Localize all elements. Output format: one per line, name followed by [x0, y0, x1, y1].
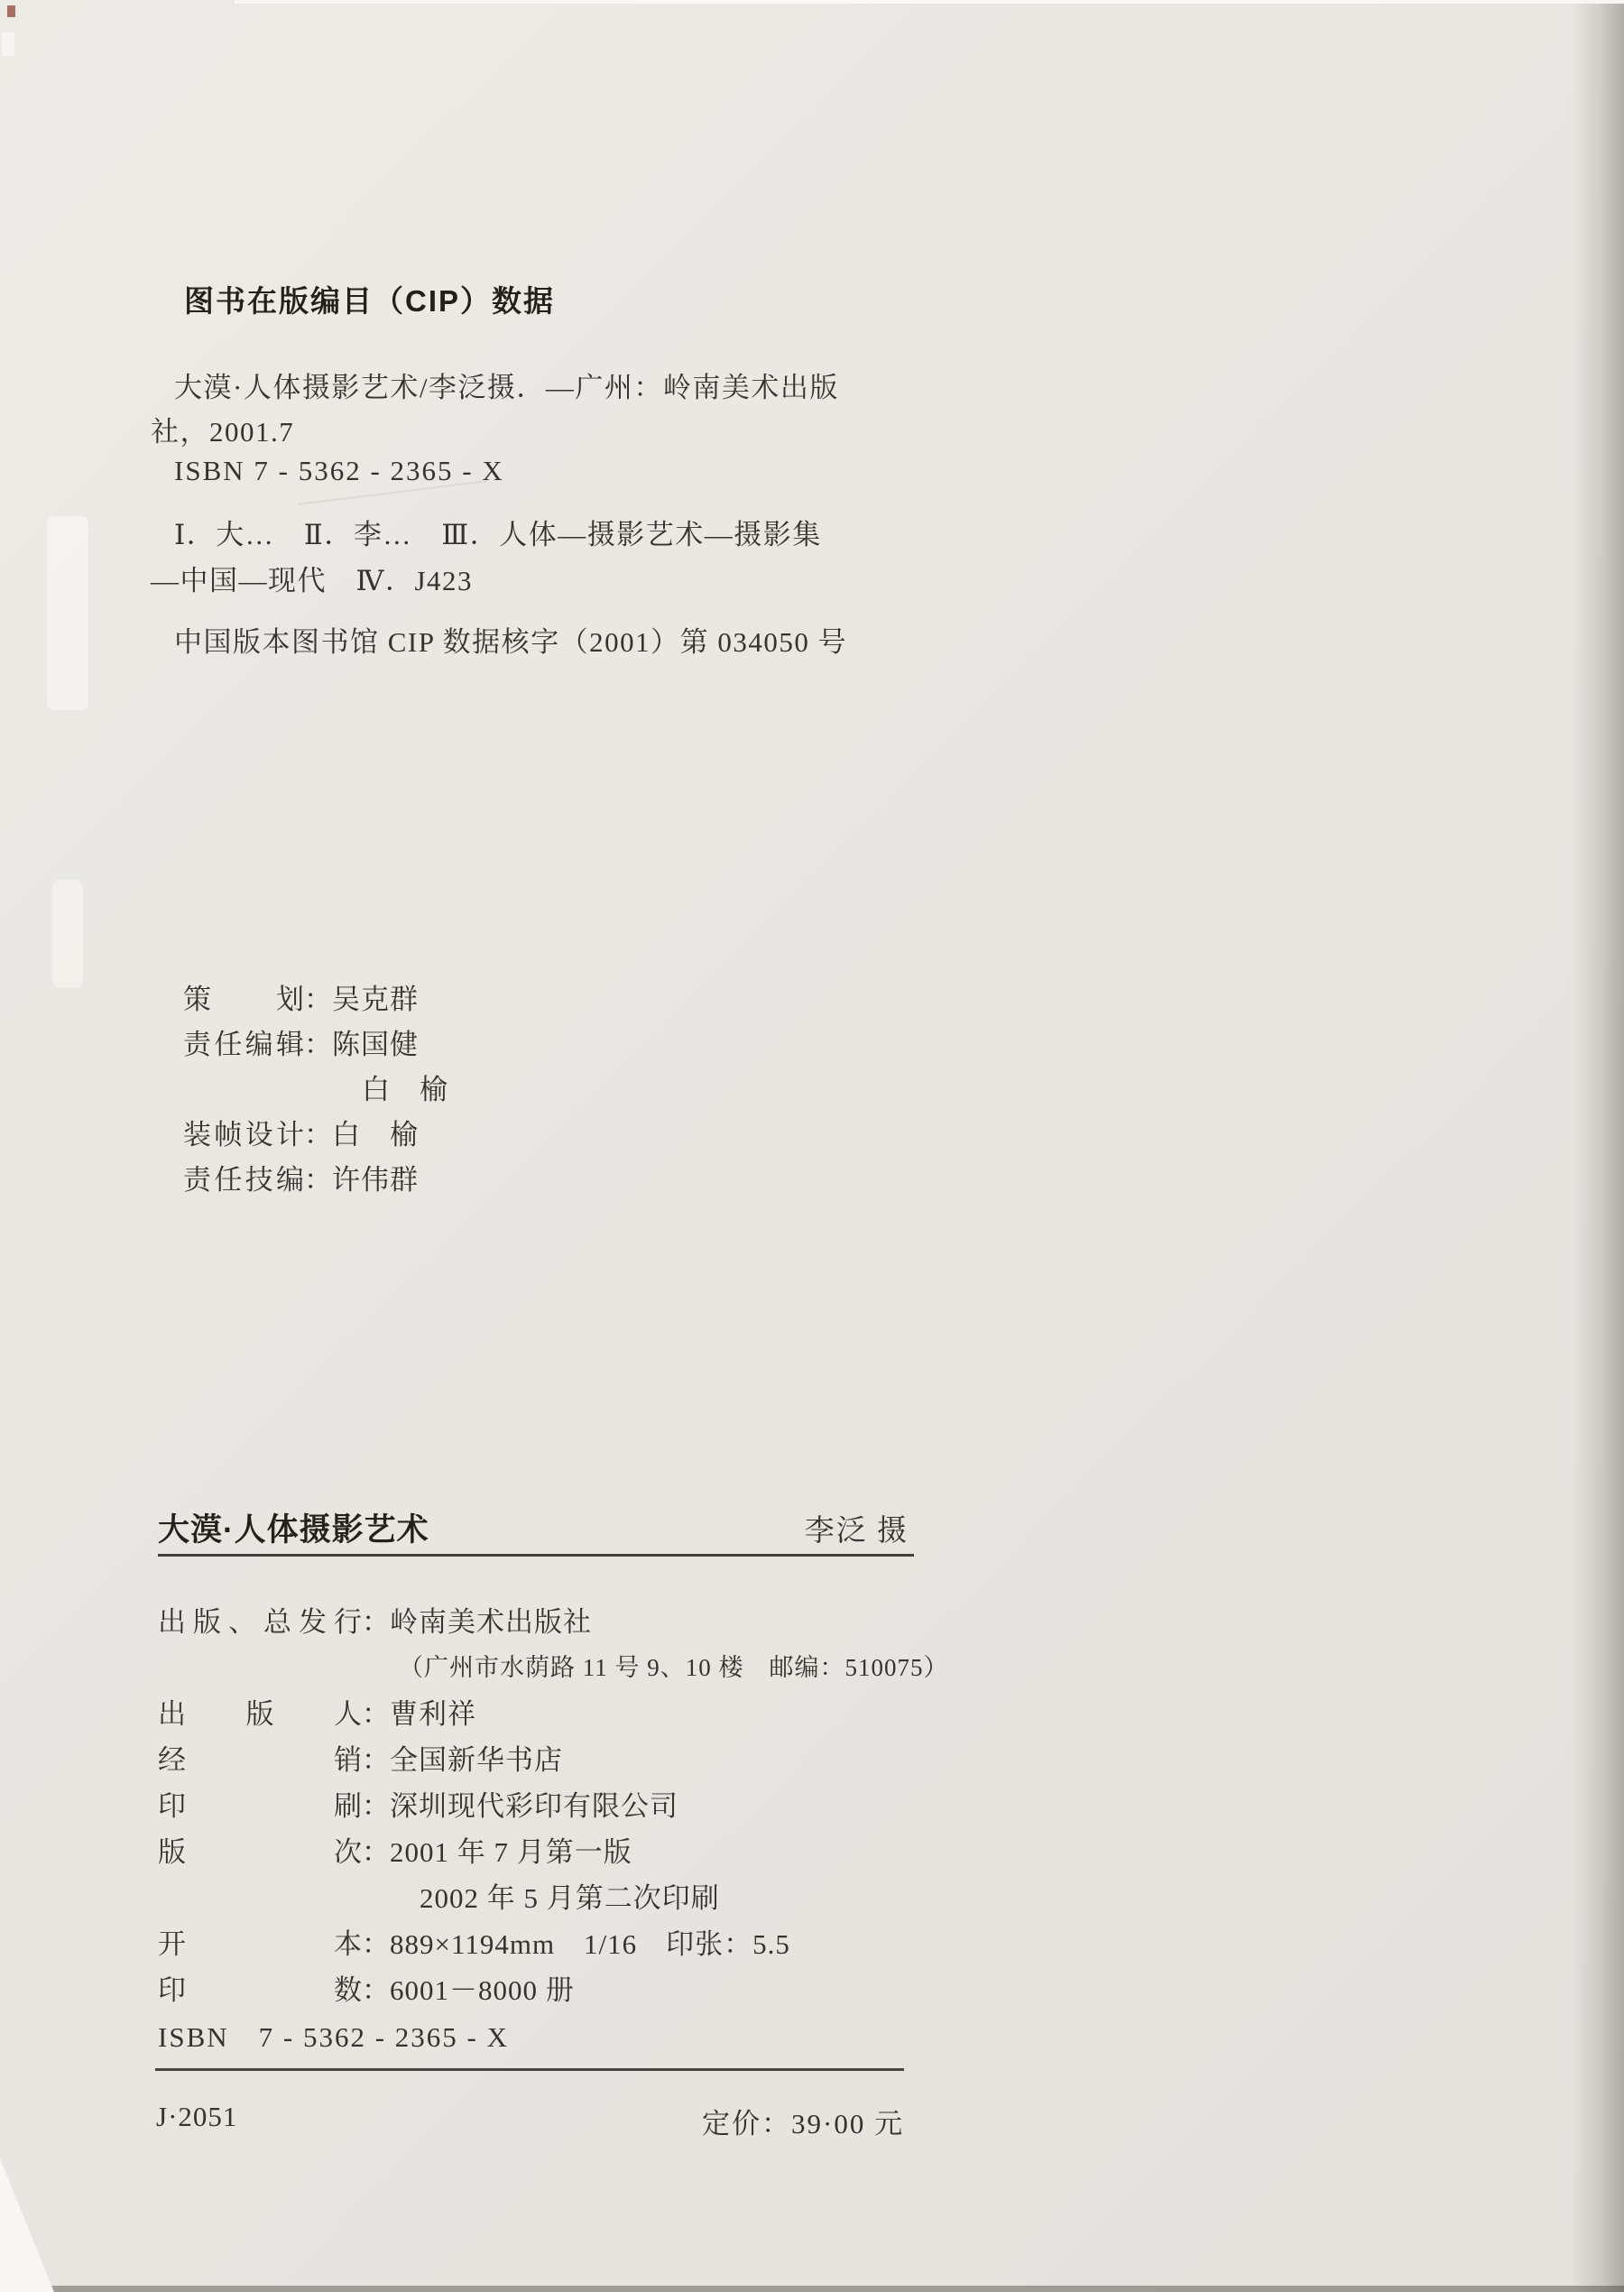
cip-record-number: 中国版本图书馆 CIP 数据核字（2001）第 034050 号: [174, 619, 847, 660]
credit-label: 责任编辑: [183, 1022, 304, 1067]
colophon-row-edition: 版次：2001 年 7 月第一版: [158, 1829, 949, 1875]
colophon-row-printer: 印刷：深圳现代彩印有限公司: [158, 1783, 949, 1829]
book-number: J·2051: [156, 2101, 237, 2133]
colophon-label: 印数: [158, 1967, 362, 2013]
colophon-colon: ：: [362, 1737, 390, 1783]
credit-label: 装帧设计: [183, 1113, 304, 1158]
credit-row-editor: 责任编辑：陈国健: [183, 1022, 448, 1067]
photographer-credit: 李泛 摄: [805, 1516, 914, 1548]
book-copyright-page: 图书在版编目（CIP）数据 大漠·人体摄影艺术/李泛摄．—广州：岭南美术出版 社…: [0, 0, 1624, 2292]
colophon-row-printing: 2002 年 5 月第二次印刷: [158, 1875, 949, 1921]
scan-artifact-left-patch: [47, 516, 88, 710]
cip-heading: 图书在版编目（CIP）数据: [184, 278, 555, 320]
credits-block: 策划：吴克群 责任编辑：陈国健 白 榆 装帧设计：白 榆 责任技编：许伟群: [183, 977, 448, 1203]
credit-row-editor-2: 白 榆: [183, 1067, 448, 1113]
colophon-label: 印刷: [158, 1783, 362, 1829]
divider-rule: [155, 2068, 904, 2071]
colophon-row-format: 开本：889×1194mm 1/16 印张：5.5: [158, 1921, 949, 1967]
scan-artifact-speck-2: [2, 32, 14, 56]
colophon-row-address: （广州市水荫路 11 号 9、10 楼 邮编：510075）: [158, 1645, 949, 1691]
credit-value: 许伟群: [332, 1158, 419, 1203]
colophon-colon: ：: [362, 1921, 390, 1967]
credit-colon: ：: [304, 977, 332, 1022]
scan-artifact-bottom-edge: [42, 2286, 1624, 2292]
colophon-value: 2001 年 7 月第一版: [390, 1829, 632, 1875]
colophon-isbn-text: ISBN 7 - 5362 - 2365 - X: [158, 2021, 509, 2053]
colophon-label: 出版、总发行: [158, 1599, 362, 1645]
credit-row-technical-editor: 责任技编：许伟群: [183, 1158, 448, 1203]
colophon-colon: ：: [362, 1967, 390, 2013]
colophon-row-print-run: 印数：6001－8000 册: [158, 1967, 949, 2013]
credit-row-planner: 策划：吴克群: [183, 977, 448, 1022]
colophon-value: 889×1194mm 1/16 印张：5.5: [390, 1921, 790, 1967]
colophon-label: 出版人: [158, 1691, 362, 1737]
colophon-label: 开本: [158, 1921, 362, 1967]
credit-label: 责任技编: [183, 1158, 304, 1203]
book-title: 大漠·人体摄影艺术: [158, 1514, 429, 1548]
colophon-value: 6001－8000 册: [390, 1967, 575, 2013]
scan-artifact-left-patch-2: [52, 880, 83, 988]
scan-artifact-corner-wedge: [0, 2158, 54, 2292]
colophon-isbn: ISBN 7 - 5362 - 2365 - X: [158, 2014, 949, 2060]
colophon-block: 出版、总发行：岭南美术出版社 （广州市水荫路 11 号 9、10 楼 邮编：51…: [158, 1599, 949, 2060]
colophon-row-publisher: 出版、总发行：岭南美术出版社: [158, 1599, 949, 1645]
scan-artifact-top-sliver: [235, 0, 1624, 4]
scan-artifact-speck: [7, 5, 15, 17]
credit-value: 白 榆: [332, 1067, 448, 1113]
cip-title-line-1: 大漠·人体摄影艺术/李泛摄．—广州：岭南美术出版: [174, 365, 839, 405]
price: 定价：39·00 元: [702, 2101, 904, 2141]
credit-value: 陈国健: [332, 1022, 419, 1067]
scan-artifact-right-edge-shadow: [1572, 0, 1624, 2292]
credit-colon: ：: [304, 1158, 332, 1203]
colophon-colon: ：: [362, 1783, 390, 1829]
credit-value: 吴克群: [332, 977, 419, 1022]
cip-classification-line-1: Ⅰ．大… Ⅱ．李… Ⅲ．人体—摄影艺术—摄影集: [174, 512, 822, 552]
colophon-value: 曹利祥: [390, 1691, 476, 1737]
colophon-value: （广州市水荫路 11 号 9、10 楼 邮编：510075）: [390, 1645, 949, 1691]
colophon-label: 版次: [158, 1829, 362, 1875]
credit-label: 策划: [183, 977, 304, 1022]
book-title-bar: 大漠·人体摄影艺术 李泛 摄: [158, 1514, 914, 1557]
colophon-value: 岭南美术出版社: [390, 1599, 592, 1645]
credit-row-designer: 装帧设计：白 榆: [183, 1113, 448, 1158]
colophon-value: 深圳现代彩印有限公司: [390, 1783, 678, 1829]
colophon-row-distributor: 经销：全国新华书店: [158, 1737, 949, 1783]
colophon-colon: ：: [362, 1691, 390, 1737]
colophon-colon: ：: [362, 1829, 390, 1875]
colophon-label: 经销: [158, 1737, 362, 1783]
colophon-value: 全国新华书店: [390, 1737, 563, 1783]
credit-colon: ：: [304, 1022, 332, 1067]
credit-colon: ：: [304, 1113, 332, 1158]
colophon-value: 2002 年 5 月第二次印刷: [390, 1875, 720, 1921]
credit-value: 白 榆: [332, 1113, 419, 1158]
cip-classification-line-2: —中国—现代 Ⅳ．J423: [151, 558, 473, 598]
cip-title-line-2: 社，2001.7: [151, 409, 294, 449]
colophon-row-publisher-person: 出版人：曹利祥: [158, 1691, 949, 1737]
colophon-colon: ：: [362, 1599, 390, 1645]
cip-isbn: ISBN 7 - 5362 - 2365 - X: [174, 455, 504, 487]
